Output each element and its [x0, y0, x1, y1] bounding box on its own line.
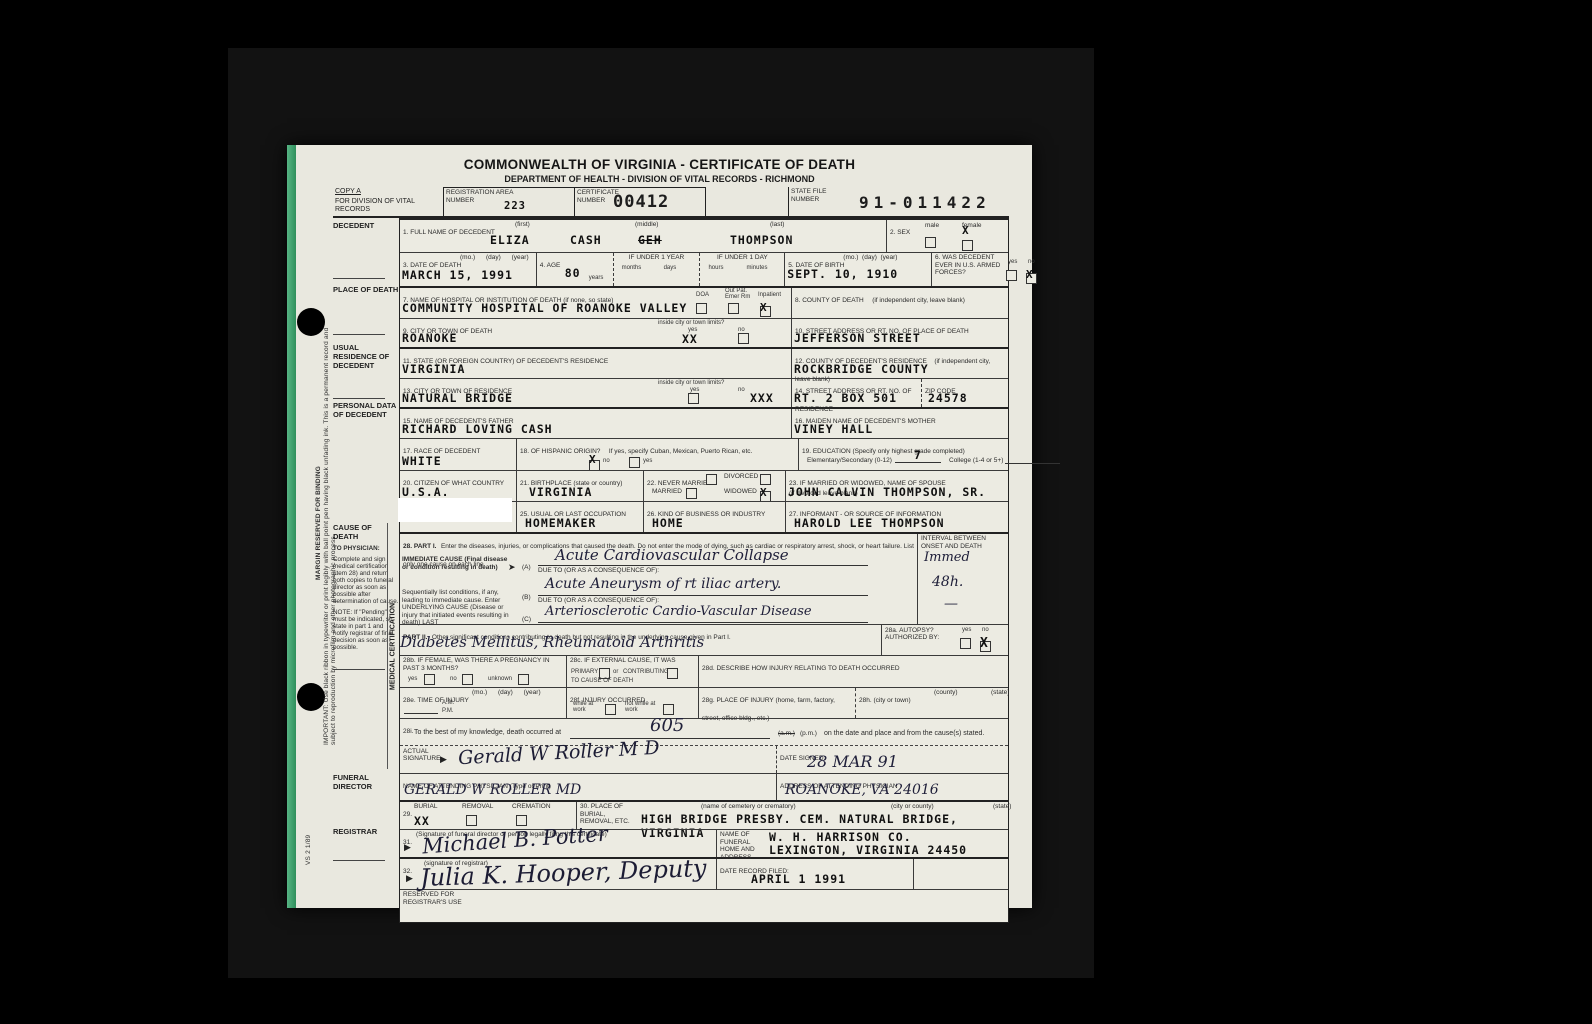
- cause-a-handwritten: Acute Cardiovascular Collapse: [555, 546, 789, 564]
- time-of-death-handwritten: 605: [650, 715, 684, 736]
- checkbox-hispanic-yes: [629, 457, 640, 468]
- immediate-cause-label: IMMEDIATE CAUSE (Final disease or condit…: [402, 556, 514, 571]
- statement-number: 28i.: [403, 728, 413, 735]
- time-of-death-line: [570, 737, 770, 739]
- checkbox-married: [686, 488, 697, 499]
- business-value: HOME: [652, 516, 684, 530]
- actual-signature-label: ACTUAL SIGNATURE: [403, 748, 439, 763]
- sex-label: 2. SEX: [890, 229, 910, 236]
- armed-forces-label: 6. WAS DECEDENT EVER IN U.S. ARMED FORCE…: [935, 254, 1005, 277]
- amendment-line: [333, 850, 385, 861]
- amendment-line: [333, 324, 385, 335]
- section-residence: USUAL RESIDENCE OF DECEDENT: [333, 343, 399, 399]
- cause-b-line: [538, 594, 868, 596]
- scanned-death-certificate: MARGIN RESERVED FOR BINDING IMPORTANT: U…: [0, 0, 1592, 1024]
- amendment-line: [333, 659, 385, 670]
- autopsy-label: 28a. AUTOPSY? AUTHORIZED BY:: [885, 627, 955, 642]
- section-personal-data: PERSONAL DATA OF DECEDENT: [333, 401, 399, 419]
- zip-code-value: 24578: [928, 391, 968, 405]
- citizen-value: U.S.A.: [402, 485, 450, 499]
- part1-label: 28. PART I.: [403, 543, 436, 550]
- registration-number-value: 223: [504, 200, 526, 212]
- signature-arrow-icon: ▶: [440, 754, 447, 765]
- external-cause-label: 28c. IF EXTERNAL CAUSE, IT WAS: [570, 657, 695, 665]
- checkbox-removal: [466, 815, 477, 826]
- cause-a-line: [538, 564, 868, 566]
- section-funeral-director: FUNERAL DIRECTOR: [333, 773, 399, 791]
- decedent-last-name: THOMPSON: [730, 233, 793, 247]
- copy-for-label: FOR DIVISION OF VITAL RECORDS: [335, 198, 425, 214]
- checkbox-limits-no: [738, 333, 749, 344]
- age-label: 4. AGE: [540, 262, 561, 269]
- funeral-director-section: 29. BURIAL REMOVAL CREMATION XX 30. PLAC…: [400, 800, 1008, 857]
- redaction-box: [398, 498, 512, 522]
- checkbox-sex-male: [925, 237, 936, 248]
- form-grid: 1. FULL NAME OF DECEDENT (first) (middle…: [399, 218, 1009, 923]
- attending-physician-value: GERALD W ROLLER MD: [404, 782, 581, 798]
- checkbox-res-limits-yes: [688, 393, 699, 404]
- physician-address-value: ROANOKE, VA 24016: [785, 782, 939, 798]
- hole-punch-bottom: [297, 683, 325, 711]
- education-college-blank: [1005, 457, 1060, 464]
- interval-a: Immed: [924, 550, 970, 565]
- checkbox-external-contributing: [667, 668, 678, 679]
- checkbox-autopsy-no: X: [980, 638, 991, 656]
- funeral-home-label: NAME OF FUNERAL HOME AND ADDRESS: [720, 831, 768, 861]
- certificate-number-value: 00412: [613, 192, 669, 212]
- cause-b-handwritten: Acute Aneurysm of rt iliac artery.: [545, 576, 781, 592]
- mother-name-value: VINEY HALL: [794, 422, 873, 436]
- funeral-home-address: LEXINGTON, VIRGINIA 24450: [769, 843, 967, 857]
- identification-row: COPY A FOR DIVISION OF VITAL RECORDS REG…: [333, 187, 1009, 218]
- section-place-of-death: PLACE OF DEATH: [333, 285, 399, 335]
- part1-block: 28. PART I. Enter the diseases, injuries…: [400, 534, 1008, 624]
- interval-c: —: [944, 596, 958, 612]
- state-file-number-value: 91-011422: [859, 193, 991, 212]
- checkbox-outpatient-er: [728, 303, 739, 314]
- checkbox-while-at-work: [605, 704, 616, 715]
- time-of-injury-label: 28e. TIME OF INJURY: [403, 697, 469, 704]
- county-of-death-label: 8. COUNTY OF DEATH: [795, 297, 864, 304]
- residence-street-value: RT. 2 BOX 501: [794, 391, 897, 405]
- decedent-section: 1. FULL NAME OF DECEDENT (first) (middle…: [400, 220, 1008, 286]
- checkbox-armed-forces-yes: [1006, 270, 1017, 281]
- place-of-death-section: 7. NAME OF HOSPITAL OR INSTITUTION OF DE…: [400, 286, 1008, 347]
- struck-out-name: GEH: [638, 233, 662, 247]
- burial-mark: XX: [414, 814, 430, 828]
- amendment-line: [333, 268, 385, 279]
- describe-injury-label: 28d. DESCRIBE HOW INJURY RELATING TO DEA…: [702, 665, 900, 672]
- disposition-number: 29.: [403, 811, 412, 818]
- cause-c-handwritten: Arteriosclerotic Cardio-Vascular Disease: [545, 604, 812, 619]
- medical-certification-section: 28. PART I. Enter the diseases, injuries…: [400, 532, 1008, 800]
- residence-state-value: VIRGINIA: [402, 362, 465, 376]
- if-under-1-day-label: IF UNDER 1 DAY: [703, 254, 781, 262]
- checkbox-pregnancy-unknown: [518, 674, 529, 685]
- father-name-value: RICHARD LOVING CASH: [402, 422, 553, 436]
- part2-handwritten: Diabetes Mellitus, Rheumatoid Arthritis: [400, 633, 704, 651]
- checkbox-armed-forces-no: X: [1026, 270, 1037, 288]
- interval-b: 48h.: [932, 574, 963, 590]
- hole-punch-top: [297, 308, 325, 336]
- time-blank: [404, 712, 438, 714]
- checkbox-autopsy-yes: [960, 638, 971, 649]
- city-of-death-value: ROANOKE: [402, 331, 457, 345]
- occupation-value: HOMEMAKER: [525, 516, 596, 530]
- education-elementary-value: 7: [895, 448, 941, 463]
- section-registrar: REGISTRAR: [333, 827, 399, 861]
- pregnancy-label: 28b. IF FEMALE, WAS THERE A PREGNANCY IN…: [403, 657, 563, 672]
- state-file-number-label: STATE FILE NUMBER: [789, 187, 838, 204]
- certificate-title: COMMONWEALTH OF VIRGINIA - CERTIFICATE O…: [287, 157, 1032, 172]
- amendment-line: [333, 388, 385, 399]
- spouse-name-value: JOHN CALVIN THOMPSON, SR.: [788, 485, 986, 499]
- residence-county-value: ROCKBRIDGE COUNTY: [794, 362, 929, 376]
- age-value: 80: [565, 266, 581, 280]
- registrar-section: 32. (signature of registrar) ▶ Julia K. …: [400, 857, 1008, 922]
- checkbox-doa: [696, 303, 707, 314]
- underlying-cause-label: Sequentially list conditions, if any, le…: [402, 589, 514, 627]
- registrar-signature-arrow-icon: ▶: [406, 873, 413, 884]
- if-under-1-year-label: IF UNDER 1 YEAR: [617, 254, 697, 262]
- full-name-label: 1. FULL NAME OF DECEDENT: [403, 229, 495, 236]
- cause-c-line: [538, 621, 868, 623]
- date-filed-value: APRIL 1 1991: [751, 872, 846, 886]
- never-married-label: 22. NEVER MARRIED: [647, 480, 712, 487]
- limits-yes-mark: XX: [682, 332, 698, 346]
- checkbox-divorced: [760, 474, 771, 485]
- checkbox-not-while-at-work: [663, 704, 674, 715]
- street-of-death-value: JEFFERSON STREET: [794, 331, 921, 345]
- informant-value: HAROLD LEE THOMPSON: [794, 516, 945, 530]
- am-struck: (a.m.): [778, 730, 795, 738]
- res-limits-no-mark: XXX: [750, 391, 774, 405]
- certificate-paper: MARGIN RESERVED FOR BINDING IMPORTANT: U…: [287, 145, 1032, 908]
- checkbox-pregnancy-yes: [424, 674, 435, 685]
- form-number: VS 2 1/89: [305, 835, 312, 865]
- decedent-first-name: ELIZA: [490, 233, 530, 247]
- funeral-signature-arrow-icon: ▶: [404, 842, 411, 853]
- medical-certification-label: MEDICAL CERTIFICATION: [390, 582, 397, 712]
- personal-data-section: 15. NAME OF DECEDENT'S FATHER RICHARD LO…: [400, 407, 1008, 532]
- injury-city-label: 28h. (city or town): [859, 697, 911, 704]
- green-binding-strip: [287, 145, 296, 908]
- funeral-home-name: W. H. HARRISON CO.: [769, 830, 912, 844]
- margin-binding-text: MARGIN RESERVED FOR BINDING: [315, 466, 322, 580]
- date-of-birth-value: SEPT. 10, 1910: [787, 267, 898, 281]
- checkbox-never-married: [706, 474, 717, 485]
- date-signed-value: 28 MAR 91: [807, 752, 898, 771]
- section-decedent: DECEDENT: [333, 221, 399, 279]
- checkbox-pregnancy-no: [462, 674, 473, 685]
- residence-section: 11. STATE (OR FOREIGN COUNTRY) OF DECEDE…: [400, 347, 1008, 407]
- hospital-value: COMMUNITY HOSPITAL OF ROANOKE VALLEY: [402, 301, 687, 315]
- reserved-for-registrar-label: RESERVED FOR REGISTRAR'S USE: [403, 891, 473, 906]
- certificate-subtitle: DEPARTMENT OF HEALTH - DIVISION OF VITAL…: [287, 174, 1032, 184]
- race-value: WHITE: [402, 454, 442, 468]
- residence-city-value: NATURAL BRIDGE: [402, 391, 513, 405]
- arrow-icon: ➤: [508, 562, 516, 573]
- copy-label: COPY A: [335, 188, 361, 195]
- interval-label: INTERVAL BETWEEN ONSET AND DEATH: [921, 535, 1005, 550]
- birthplace-value: VIRGINIA: [529, 485, 592, 499]
- decedent-middle-name: CASH: [570, 233, 602, 247]
- date-of-death-value: MARCH 15, 1991: [402, 268, 513, 282]
- statement-text: To the best of my knowledge, death occur…: [414, 729, 561, 737]
- checkbox-cremation: [516, 815, 527, 826]
